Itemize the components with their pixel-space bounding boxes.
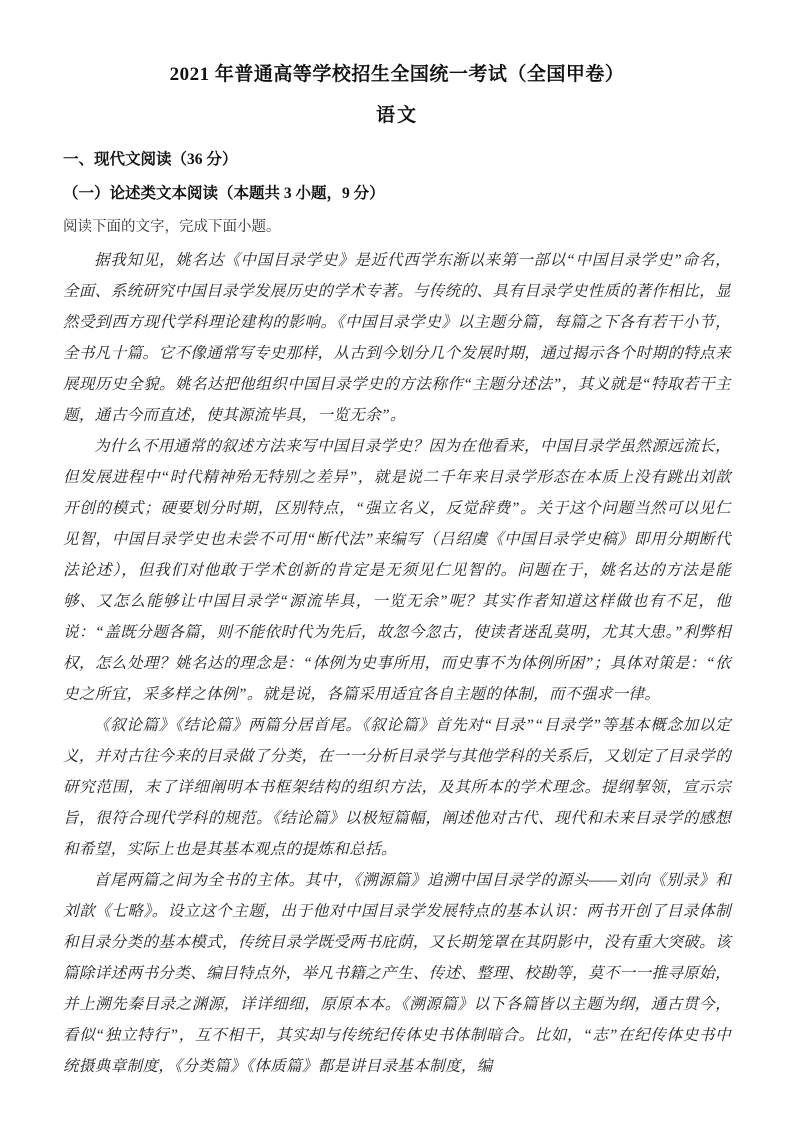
subsection-heading-argumentative-reading: （一）论述类文本阅读（本题共 3 小题，9 分） (63, 183, 731, 204)
exam-subject: 语文 (63, 104, 731, 128)
reading-instruction: 阅读下面的文字，完成下面小题。 (63, 217, 731, 237)
passage-paragraph: 《叙论篇》《结论篇》两篇分居首尾。《叙论篇》首先对“目录”“目录学”等基本概念加… (63, 710, 731, 865)
passage-paragraph: 据我知见，姚名达《中国目录学史》是近代西学东渐以来第一部以“中国目录学史”命名，… (63, 245, 731, 431)
reading-passage: 据我知见，姚名达《中国目录学史》是近代西学东渐以来第一部以“中国目录学史”命名，… (63, 245, 731, 1082)
exam-paper-page: 2021 年普通高等学校招生全国统一考试（全国甲卷） 语文 一、现代文阅读（36… (0, 0, 793, 1122)
exam-title: 2021 年普通高等学校招生全国统一考试（全国甲卷） (63, 62, 731, 88)
section-heading-modern-reading: 一、现代文阅读（36 分） (63, 149, 731, 170)
passage-paragraph: 为什么不用通常的叙述方法来写中国目录学史？因为在他看来，中国目录学虽然源远流长，… (63, 431, 731, 710)
passage-paragraph: 首尾两篇之间为全书的主体。其中，《溯源篇》追溯中国目录学的源头——刘向《别录》和… (63, 865, 731, 1082)
